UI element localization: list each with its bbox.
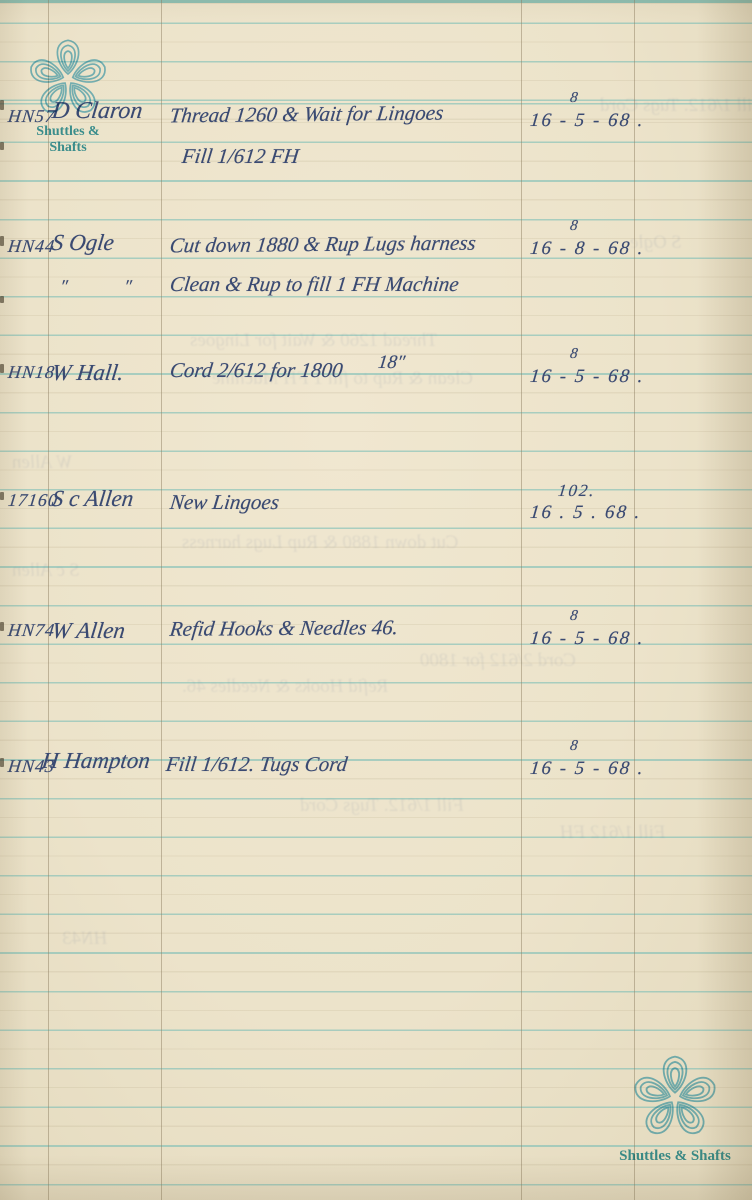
date-cell: 8 16 - 5 - 68 .: [530, 628, 640, 650]
work-description-line2: Clean & Rup to fill 1 FH Machine: [168, 272, 460, 297]
machine-number: HN18: [7, 362, 57, 383]
worker-name: S Ogle: [50, 230, 115, 256]
bleed-through-text: Fill 1/612 FH: [559, 822, 667, 844]
entry-date: 16 - 5 - 68 .: [529, 758, 646, 780]
bleed-through-text: W Allen: [11, 452, 74, 474]
scan-edge-artifact: [0, 758, 4, 767]
date-superscript: 8: [569, 218, 579, 235]
entry-date: 16 - 5 - 68 .: [529, 366, 646, 388]
bleed-through-text: S c Allen: [11, 560, 80, 582]
work-description-line1: Cord 2/612 for 1800: [168, 358, 344, 383]
scan-edge-artifact: [0, 296, 4, 303]
scan-edge-artifact: [0, 492, 4, 500]
column-divider-name: [161, 0, 162, 1200]
work-description-line2: Fill 1/612 FH: [180, 144, 300, 169]
worker-name: H Hampton: [40, 748, 151, 774]
bleed-through-text: Cut down 1880 & Rup Lugs harness: [181, 532, 460, 554]
knot-flower-icon: [25, 36, 111, 122]
worker-name: W Hall.: [50, 360, 125, 386]
bleed-through-text: Fill 1/612. Tugs Cord: [299, 795, 465, 817]
machine-number: HN44: [7, 236, 57, 257]
ditto-marks: ″ ″: [59, 276, 159, 297]
column-divider-right: [634, 0, 635, 1200]
column-divider-date: [521, 0, 522, 1200]
date-cell: 8 16 - 5 - 68 .: [530, 110, 640, 132]
watermark-top-left: Shuttles & Shafts: [18, 36, 118, 156]
column-divider-machine: [48, 0, 49, 1200]
entry-date: 16 - 5 - 68 .: [529, 628, 646, 650]
date-cell: 8 16 - 8 - 68 .: [530, 238, 640, 260]
bleed-through-text: Cord 2/612 for 1800: [419, 650, 577, 672]
entry-date: 16 - 8 - 68 .: [529, 238, 646, 260]
entry-date: 16 . 5 . 68 .: [529, 502, 643, 524]
date-superscript: 8: [569, 608, 579, 625]
bleed-through-text: Thread 1260 & Wait for Lingoes: [189, 330, 439, 352]
work-description-measure: 18″: [377, 352, 407, 374]
scan-edge-artifact: [0, 622, 4, 631]
date-note: 102.: [557, 481, 597, 501]
date-superscript: 8: [569, 346, 579, 363]
scan-edge-artifact: [0, 100, 4, 110]
worker-name: W Allen: [50, 618, 126, 644]
watermark-bottom-right: Shuttles & Shafts: [610, 1052, 740, 1165]
date-superscript: 8: [569, 738, 579, 755]
date-superscript: 8: [569, 90, 579, 107]
work-description-line1: Thread 1260 & Wait for Lingoes: [168, 101, 444, 129]
scan-edge-artifact: [0, 364, 4, 373]
work-description-line1: Fill 1/612. Tugs Cord: [164, 752, 348, 777]
work-description-line1: Refid Hooks & Needles 46.: [168, 615, 399, 642]
date-cell: 8 16 - 5 - 68 .: [530, 366, 640, 388]
scan-edge-artifact: [0, 236, 4, 246]
date-cell: 102. 16 . 5 . 68 .: [530, 502, 640, 524]
worker-name: S c Allen: [50, 486, 135, 512]
work-description-line1: Cut down 1880 & Rup Lugs harness: [168, 231, 477, 259]
watermark-label: Shuttles & Shafts: [610, 1148, 740, 1165]
ledger-page: Fill 1/612. Tugs Cord S Ogle Thread 1260…: [0, 0, 752, 1200]
bleed-through-lines: [0, 0, 752, 1200]
page-top-rule: [0, 0, 752, 3]
knot-flower-icon: [629, 1052, 721, 1144]
date-cell: 8 16 - 5 - 68 .: [530, 758, 640, 780]
watermark-label: Shuttles & Shafts: [18, 124, 118, 156]
work-description-line1: New Lingoes: [168, 490, 280, 515]
scan-edge-artifact: [0, 142, 4, 150]
entry-date: 16 - 5 - 68 .: [529, 110, 646, 132]
bleed-through-text: HN43: [61, 928, 109, 950]
machine-number: HN74: [7, 620, 57, 641]
bleed-through-text: Refid Hooks & Needles 46.: [181, 676, 390, 698]
